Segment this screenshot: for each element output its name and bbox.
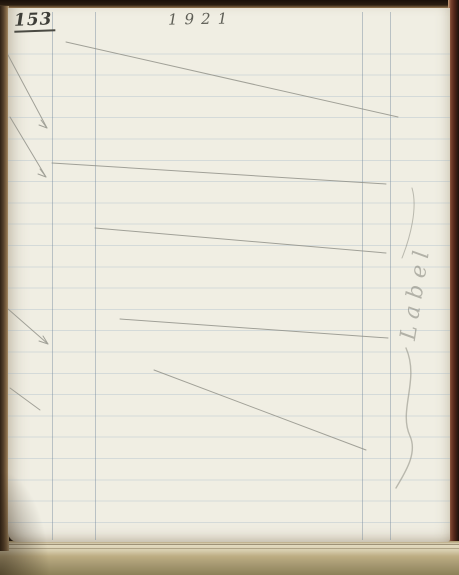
pencil-arrow — [10, 117, 46, 177]
pencil-stroke — [10, 388, 40, 410]
page-number: 153 — [14, 9, 55, 32]
pencil-line — [154, 370, 366, 450]
ledger-scan: 153 1921 Label — [0, 0, 459, 575]
column-rule-date — [52, 12, 53, 540]
arrowhead-icon — [38, 169, 46, 177]
arrowhead-icon — [39, 336, 48, 344]
pencil-arrow — [8, 309, 48, 344]
book-bottom-cover — [0, 541, 459, 575]
pencil-strokes-overlay — [8, 8, 450, 542]
pencil-line — [120, 319, 388, 338]
column-rule-model — [95, 12, 96, 540]
column-rule-serial — [390, 12, 391, 540]
pencil-line — [95, 228, 386, 253]
arrowhead-icon — [39, 120, 47, 128]
ruled-lines — [8, 33, 450, 533]
column-rule-qty — [362, 12, 363, 540]
pencil-arrow — [8, 55, 47, 128]
margin-flourish — [396, 348, 412, 488]
pencil-line — [66, 42, 398, 117]
corner-shadow — [0, 470, 50, 575]
year-header: 1921 — [168, 9, 234, 28]
ledger-page: 153 1921 Label — [8, 8, 450, 542]
margin-annotation: Label — [396, 242, 436, 342]
pencil-line — [52, 163, 386, 184]
